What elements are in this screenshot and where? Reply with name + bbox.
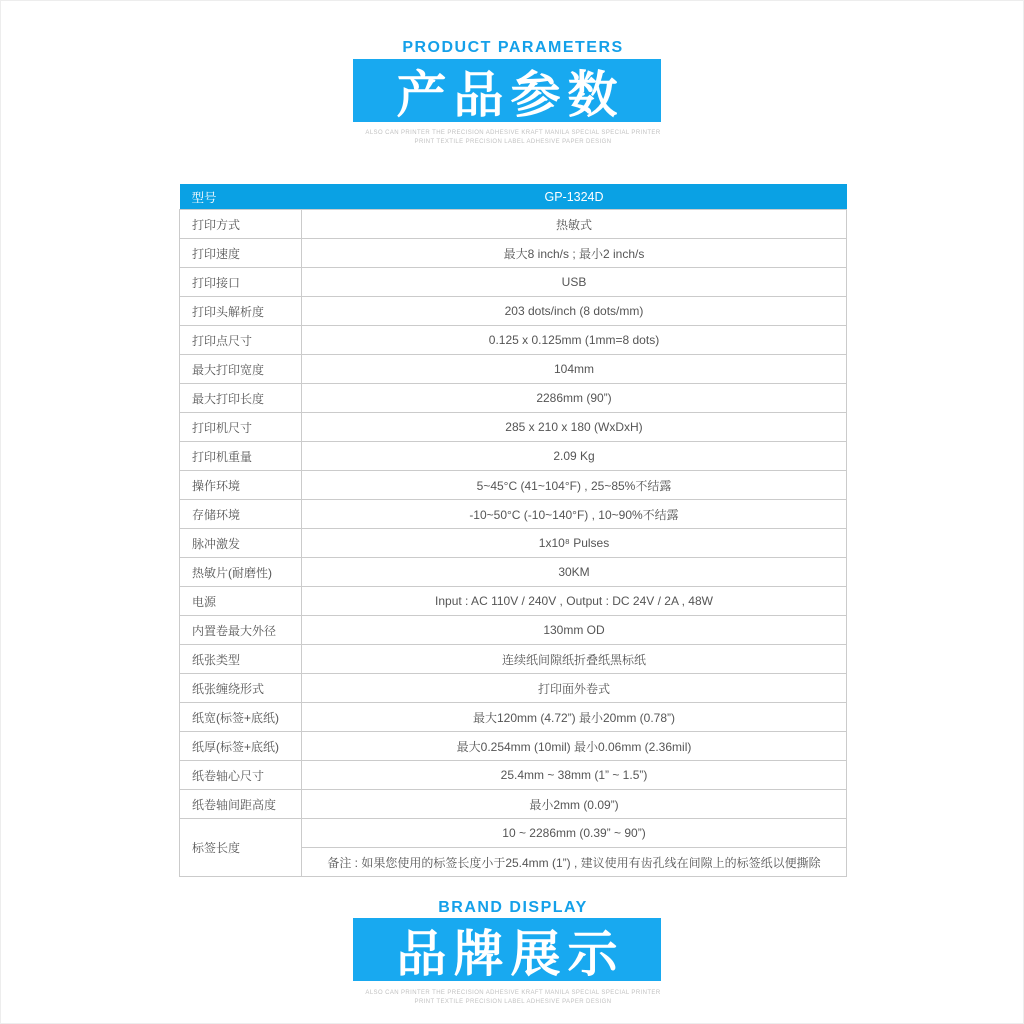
brand-display-banner: 品牌展示 — [353, 918, 661, 981]
table-row: 打印方式热敏式 — [180, 210, 847, 239]
spec-label: 纸张缠绕形式 — [180, 674, 302, 703]
spec-value-note: 备注 : 如果您使用的标签长度小于25.4mm (1”) , 建议使用有齿孔线在… — [302, 848, 847, 877]
product-parameters-banner-title: 产品参数 — [390, 55, 625, 127]
spec-value: 203 dots/inch (8 dots/mm) — [302, 297, 847, 326]
table-row: 打印接口USB — [180, 268, 847, 297]
model-header-label: 型号 — [180, 184, 302, 210]
model-header-value: GP-1324D — [302, 184, 847, 210]
spec-value: 10 ~ 2286mm (0.39” ~ 90”) — [302, 819, 847, 848]
top-fine-print-line2: PRINT TEXTILE PRECISION LABEL ADHESIVE P… — [1, 138, 1024, 147]
table-row: 纸厚(标签+底纸)最大0.254mm (10mil) 最小0.06mm (2.3… — [180, 732, 847, 761]
table-row: 纸张类型连续纸间隙纸折叠纸黑标纸 — [180, 645, 847, 674]
table-row: 最大打印宽度104mm — [180, 355, 847, 384]
spec-label: 纸卷轴间距高度 — [180, 790, 302, 819]
spec-value: 130mm OD — [302, 616, 847, 645]
spec-value: USB — [302, 268, 847, 297]
table-row: 纸宽(标签+底纸)最大120mm (4.72”) 最小20mm (0.78”) — [180, 703, 847, 732]
brand-display-banner-title: 品牌展示 — [390, 914, 625, 986]
table-row: 打印机重量2.09 Kg — [180, 442, 847, 471]
table-row: 操作环境5~45°C (41~104°F) , 25~85%不结露 — [180, 471, 847, 500]
bottom-fine-print: ALSO CAN PRINTER THE PRECISION ADHESIVE … — [1, 989, 1024, 1007]
spec-label: 打印机尺寸 — [180, 413, 302, 442]
spec-label: 打印速度 — [180, 239, 302, 268]
spec-value: 30KM — [302, 558, 847, 587]
spec-label: 打印机重量 — [180, 442, 302, 471]
spec-value: 2286mm (90”) — [302, 384, 847, 413]
spec-value: 285 x 210 x 180 (WxDxH) — [302, 413, 847, 442]
table-row: 纸卷轴间距高度最小2mm (0.09”) — [180, 790, 847, 819]
product-parameters-banner: 产品参数 — [353, 59, 661, 122]
spec-label: 打印头解析度 — [180, 297, 302, 326]
spec-label: 最大打印长度 — [180, 384, 302, 413]
spec-value: 最大120mm (4.72”) 最小20mm (0.78”) — [302, 703, 847, 732]
spec-label: 电源 — [180, 587, 302, 616]
table-row: 纸张缠绕形式打印面外卷式 — [180, 674, 847, 703]
table-row: 最大打印长度2286mm (90”) — [180, 384, 847, 413]
top-fine-print-line1: ALSO CAN PRINTER THE PRECISION ADHESIVE … — [1, 129, 1024, 138]
spec-label: 打印方式 — [180, 210, 302, 239]
spec-value: 1x10⁸ Pulses — [302, 529, 847, 558]
spec-table-header-row: 型号 GP-1324D — [180, 184, 847, 210]
spec-value: 0.125 x 0.125mm (1mm=8 dots) — [302, 326, 847, 355]
spec-label: 打印接口 — [180, 268, 302, 297]
spec-value: Input : AC 110V / 240V , Output : DC 24V… — [302, 587, 847, 616]
bottom-fine-print-line1: ALSO CAN PRINTER THE PRECISION ADHESIVE … — [1, 989, 1024, 998]
top-fine-print: ALSO CAN PRINTER THE PRECISION ADHESIVE … — [1, 129, 1024, 147]
spec-label: 打印点尺寸 — [180, 326, 302, 355]
spec-value: 热敏式 — [302, 210, 847, 239]
spec-value: 最大8 inch/s ; 最小2 inch/s — [302, 239, 847, 268]
table-row: 内置卷最大外径130mm OD — [180, 616, 847, 645]
spec-value: 打印面外卷式 — [302, 674, 847, 703]
spec-value: 连续纸间隙纸折叠纸黑标纸 — [302, 645, 847, 674]
spec-label: 热敏片(耐磨性) — [180, 558, 302, 587]
spec-value: -10~50°C (-10~140°F) , 10~90%不结露 — [302, 500, 847, 529]
spec-value: 最小2mm (0.09”) — [302, 790, 847, 819]
spec-label: 存储环境 — [180, 500, 302, 529]
table-row: 脉冲激发1x10⁸ Pulses — [180, 529, 847, 558]
table-row: 标签长度 10 ~ 2286mm (0.39” ~ 90”) — [180, 819, 847, 848]
spec-label: 标签长度 — [180, 819, 302, 877]
table-row: 存储环境-10~50°C (-10~140°F) , 10~90%不结露 — [180, 500, 847, 529]
spec-value: 104mm — [302, 355, 847, 384]
spec-table: 型号 GP-1324D 打印方式热敏式 打印速度最大8 inch/s ; 最小2… — [179, 184, 847, 877]
spec-label: 操作环境 — [180, 471, 302, 500]
bottom-fine-print-line2: PRINT TEXTILE PRECISION LABEL ADHESIVE P… — [1, 998, 1024, 1007]
spec-label: 纸卷轴心尺寸 — [180, 761, 302, 790]
table-row: 纸卷轴心尺寸25.4mm ~ 38mm (1” ~ 1.5”) — [180, 761, 847, 790]
table-row: 打印速度最大8 inch/s ; 最小2 inch/s — [180, 239, 847, 268]
spec-value: 2.09 Kg — [302, 442, 847, 471]
spec-label: 脉冲激发 — [180, 529, 302, 558]
spec-value: 5~45°C (41~104°F) , 25~85%不结露 — [302, 471, 847, 500]
table-row: 打印机尺寸285 x 210 x 180 (WxDxH) — [180, 413, 847, 442]
spec-label: 最大打印宽度 — [180, 355, 302, 384]
table-row: 热敏片(耐磨性)30KM — [180, 558, 847, 587]
table-row: 电源Input : AC 110V / 240V , Output : DC 2… — [180, 587, 847, 616]
spec-label: 纸厚(标签+底纸) — [180, 732, 302, 761]
spec-value: 25.4mm ~ 38mm (1” ~ 1.5”) — [302, 761, 847, 790]
spec-label: 纸宽(标签+底纸) — [180, 703, 302, 732]
spec-label: 纸张类型 — [180, 645, 302, 674]
product-parameters-page: PRODUCT PARAMETERS 产品参数 ALSO CAN PRINTER… — [1, 1, 1023, 1023]
spec-value: 最大0.254mm (10mil) 最小0.06mm (2.36mil) — [302, 732, 847, 761]
table-row: 打印头解析度203 dots/inch (8 dots/mm) — [180, 297, 847, 326]
table-row: 打印点尺寸0.125 x 0.125mm (1mm=8 dots) — [180, 326, 847, 355]
spec-label: 内置卷最大外径 — [180, 616, 302, 645]
